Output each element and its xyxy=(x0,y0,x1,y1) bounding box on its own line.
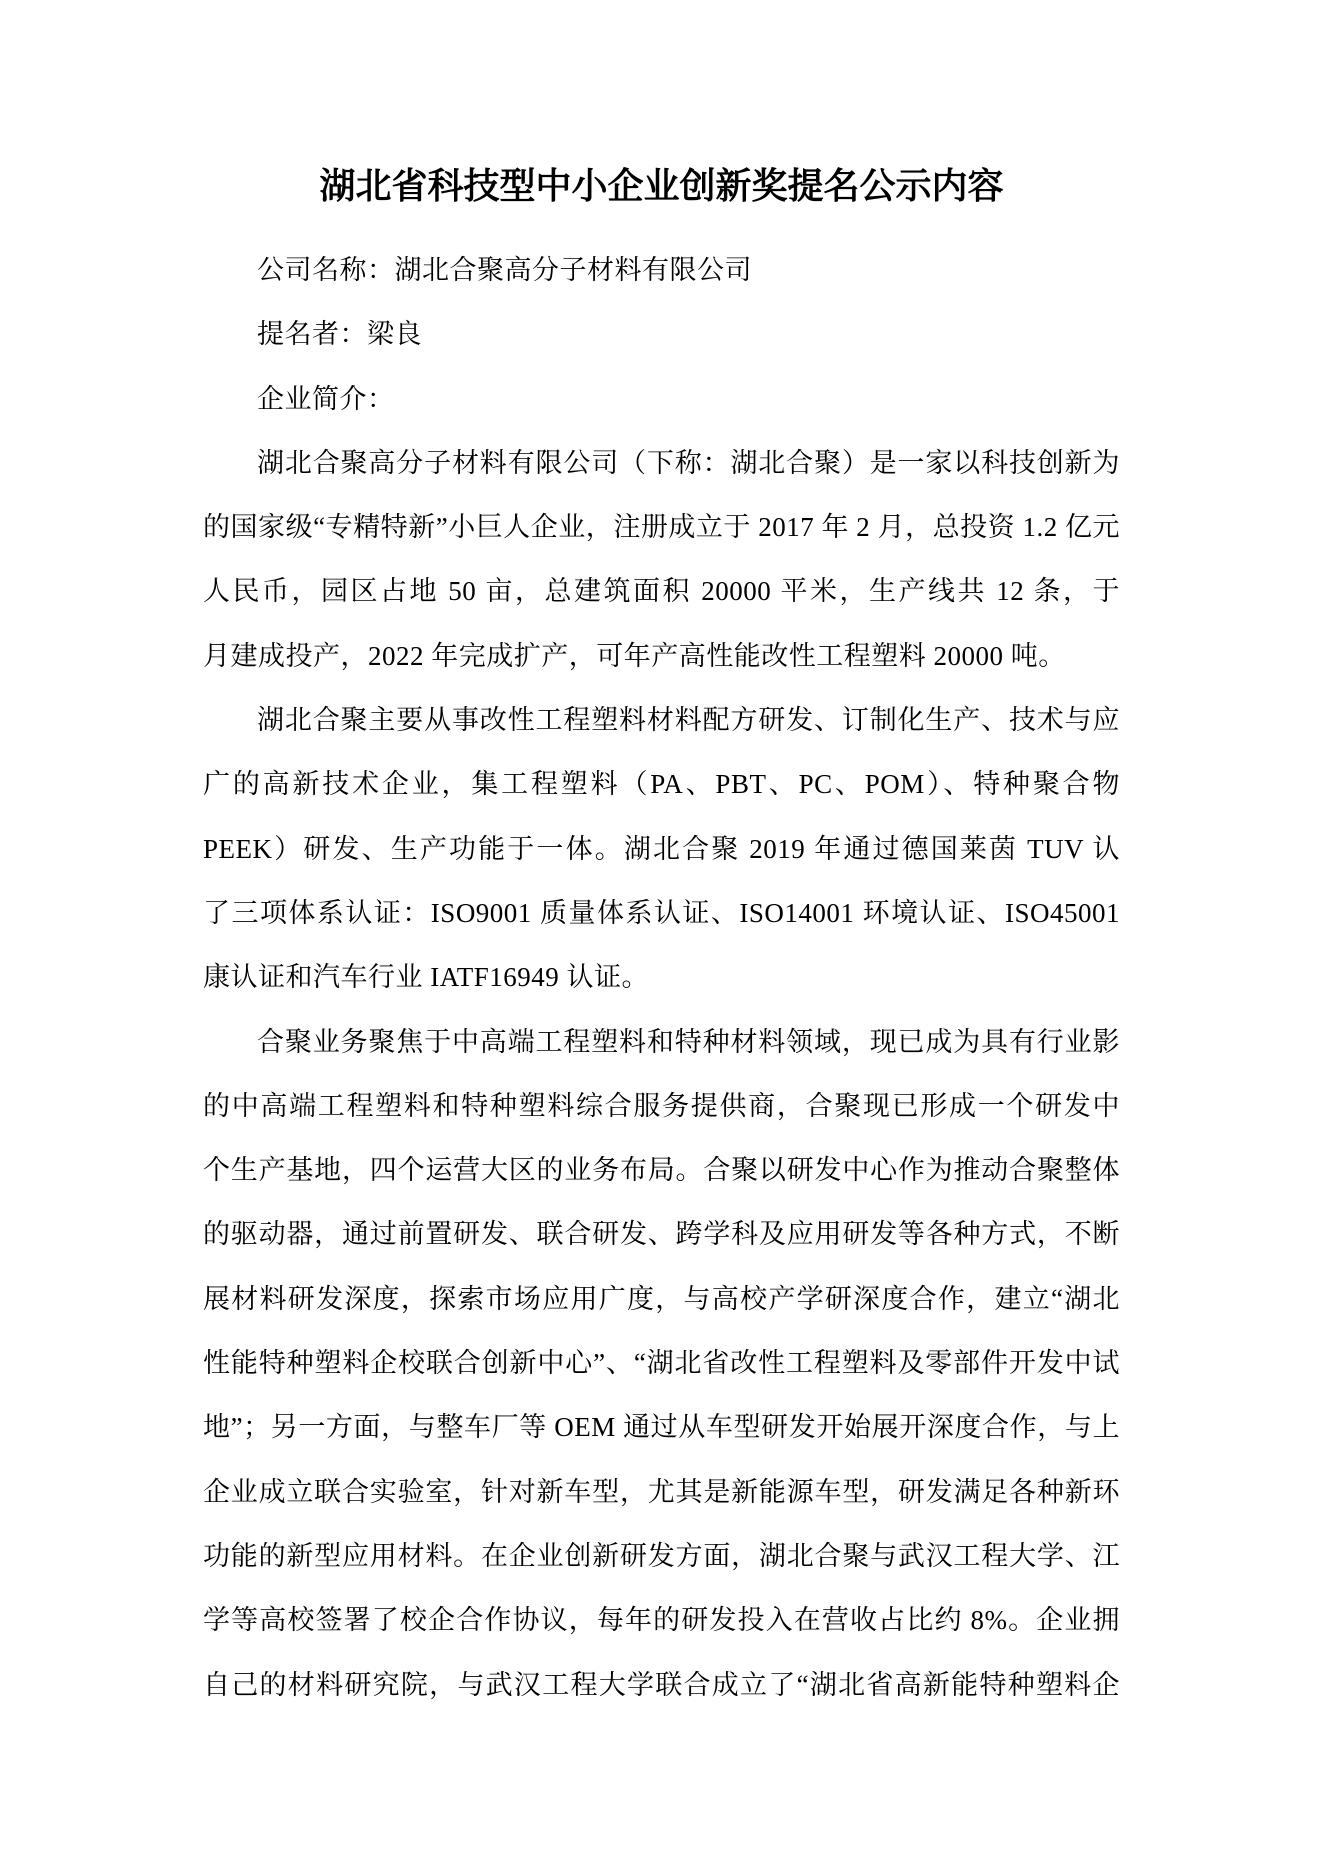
document-page: 湖北省科技型中小企业创新奖提名公示内容 公司名称：湖北合聚高分子材料有限公司提名… xyxy=(0,0,1323,1871)
text-line: 功能的新型应用材料。在企业创新研发方面，湖北合聚与武汉工程大学、江汉大 xyxy=(203,1524,1120,1588)
text-line: 月建成投产，2022 年完成扩产，可年产高性能改性工程塑料 20000 吨。 xyxy=(203,624,1120,688)
text-line: 的中高端工程塑料和特种塑料综合服务提供商，合聚现已形成一个研发中心，两 xyxy=(203,1074,1120,1138)
text-line: 湖北合聚高分子材料有限公司（下称：湖北合聚）是一家以科技创新为驱动 xyxy=(203,431,1120,495)
document-body: 公司名称：湖北合聚高分子材料有限公司提名者：梁良企业简介：湖北合聚高分子材料有限… xyxy=(203,238,1120,1717)
text-line: 湖北合聚主要从事改性工程塑料材料配方研发、订制化生产、技术与应用推 xyxy=(203,688,1120,752)
text-line: 康认证和汽车行业 IATF16949 认证。 xyxy=(203,945,1120,1009)
text-line: 性能特种塑料企校联合创新中心”、“湖北省改性工程塑料及零部件开发中试基 xyxy=(203,1331,1120,1395)
text-line: 自己的材料研究院，与武汉工程大学联合成立了“湖北省高新能特种塑料企校联 xyxy=(203,1653,1120,1717)
text-line: 了三项体系认证：ISO9001 质量体系认证、ISO14001 环境认证、ISO… xyxy=(203,881,1120,945)
text-line: 合聚业务聚焦于中高端工程塑料和特种材料领域，现已成为具有行业影响力 xyxy=(203,1010,1120,1074)
text-line: 提名者：梁良 xyxy=(203,302,1120,366)
text-line: 学等高校签署了校企合作协议，每年的研发投入在营收占比约 8%。企业拥有了 xyxy=(203,1588,1120,1652)
text-line: 地”；另一方面，与整车厂等 OEM 通过从车型研发开始展开深度合作，与上汽等 xyxy=(203,1395,1120,1459)
text-line: 企业简介： xyxy=(203,367,1120,431)
text-line: 展材料研发深度，探索市场应用广度，与高校产学研深度合作，建立“湖北省高 xyxy=(203,1267,1120,1331)
text-line: 企业成立联合实验室，针对新车型，尤其是新能源车型，研发满足各种新环境新 xyxy=(203,1460,1120,1524)
text-line: PEEK）研发、生产功能于一体。湖北合聚 2019 年通过德国莱茵 TUV 认证… xyxy=(203,817,1120,881)
text-line: 的驱动器，通过前置研发、联合研发、跨学科及应用研发等各种方式，不断的拓 xyxy=(203,1202,1120,1266)
text-line: 的国家级“专精特新”小巨人企业，注册成立于 2017 年 2 月，总投资 1.2… xyxy=(203,495,1120,559)
text-line: 人民币，园区占地 50 亩，总建筑面积 20000 平米，生产线共 12 条，于… xyxy=(203,559,1120,623)
text-line: 广的高新技术企业，集工程塑料（PA、PBT、PC、POM）、特种聚合物（PPA、… xyxy=(203,752,1120,816)
text-line: 公司名称：湖北合聚高分子材料有限公司 xyxy=(203,238,1120,302)
text-line: 个生产基地，四个运营大区的业务布局。合聚以研发中心作为推动合聚整体发展 xyxy=(203,1138,1120,1202)
document-title: 湖北省科技型中小企业创新奖提名公示内容 xyxy=(203,160,1120,212)
